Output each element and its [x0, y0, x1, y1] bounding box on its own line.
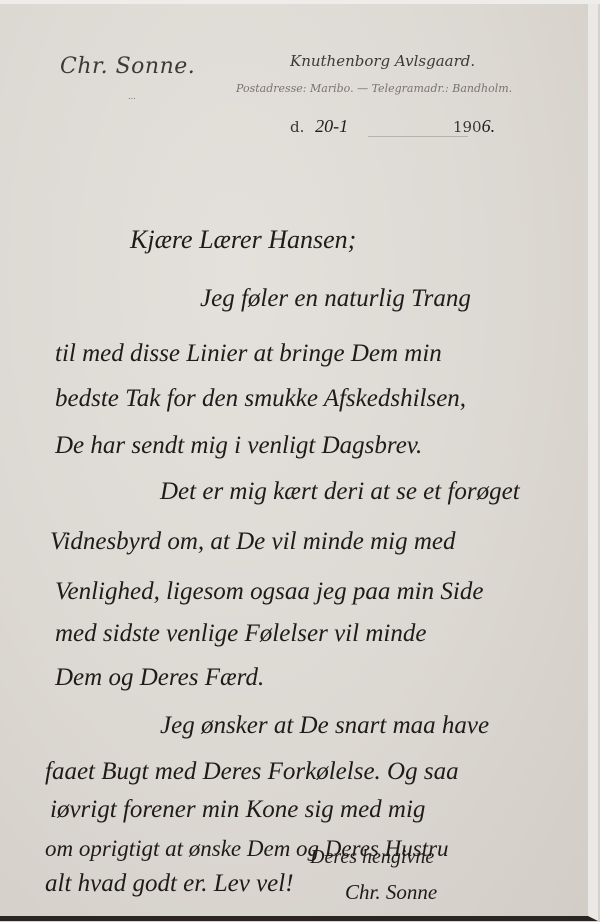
- letter-line: til med disse Linier at bringe Dem min: [55, 340, 442, 368]
- date-underline: [368, 136, 468, 137]
- date-day-month: 20-1: [315, 116, 348, 136]
- salutation: Kjære Lærer Hansen;: [130, 225, 356, 255]
- paper-top-edge: [0, 0, 600, 4]
- letter-line: alt hvad godt er. Lev vel!: [45, 870, 294, 898]
- letterhead-address: Postadresse: Maribo. — Telegramadr.: Ban…: [236, 82, 512, 95]
- letter-date: d. 20-1 1906.: [290, 116, 495, 137]
- closing: Deres hengivne: [310, 846, 434, 869]
- letter-line: Venlighed, ligesom ogsaa jeg paa min Sid…: [55, 578, 483, 606]
- letter-line: med sidste venlige Følelser vil minde: [55, 620, 426, 648]
- letter-line: Jeg føler en naturlig Trang: [200, 285, 471, 313]
- letter-line: De har sendt mig i venligt Dagsbrev.: [55, 432, 422, 460]
- letterhead-name: Chr. Sonne.: [60, 54, 195, 79]
- date-year-printed: 190: [453, 118, 482, 136]
- signature: Chr. Sonne: [345, 880, 437, 905]
- letterhead-estate: Knuthenborg Avlsgaard.: [290, 52, 475, 70]
- letter-line: Vidnesbyrd om, at De vil minde mig med: [50, 528, 455, 556]
- letter-line: bedste Tak for den smukke Afskedshilsen,: [55, 385, 466, 413]
- letter-line: Jeg ønsker at De snart maa have: [160, 712, 489, 740]
- letterhead-ornament: ...: [128, 92, 136, 101]
- letter-line: faaet Bugt med Deres Forkølelse. Og saa: [45, 758, 459, 786]
- letter-line: iøvrigt forener min Kone sig med mig: [50, 796, 425, 824]
- letter-line: Dem og Deres Færd.: [55, 664, 264, 692]
- date-prefix: d.: [290, 118, 304, 136]
- date-year-handwritten: 6.: [482, 116, 496, 136]
- letter-line: Det er mig kært deri at se et forøget: [160, 478, 520, 506]
